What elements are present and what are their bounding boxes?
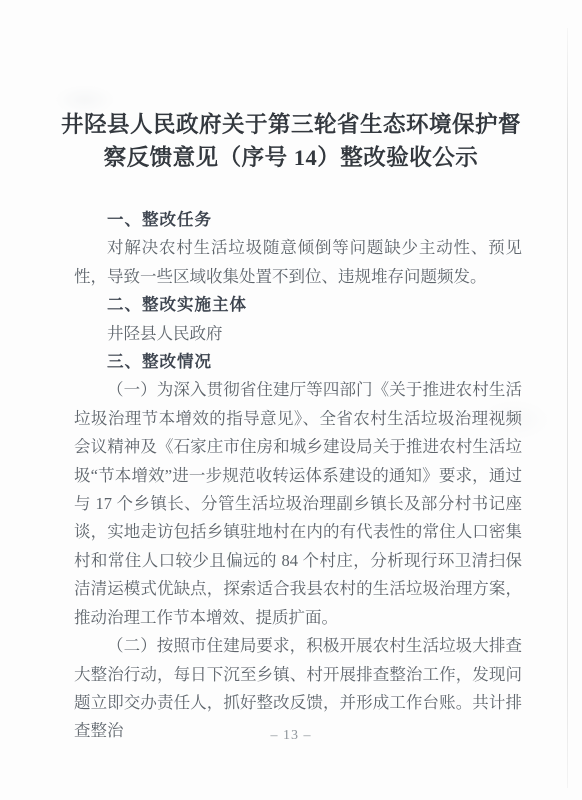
body-paragraph: 对解决农村生活垃圾随意倾倒等问题缺少主动性、预见性，导致一些区域收集处置不到位、… [74, 234, 522, 291]
title-line-2: 察反馈意见（序号 14）整改验收公示 [30, 141, 552, 174]
page-number: – 13 – [0, 728, 582, 744]
document-body: 一、整改任务对解决农村生活垃圾随意倾倒等问题缺少主动性、预见性，导致一些区域收集… [74, 206, 522, 746]
scanned-document-page: 井陉县人民政府关于第三轮省生态环境保护督 察反馈意见（序号 14）整改验收公示 … [0, 0, 582, 800]
body-paragraph: （一）为深入贯彻省住建厅等四部门《关于推进农村生活垃圾治理节本增效的指导意见》、… [74, 376, 522, 632]
section-heading: 三、整改情况 [74, 348, 522, 376]
body-paragraph: 井陉县人民政府 [74, 320, 522, 348]
section-heading: 二、整改实施主体 [74, 291, 522, 319]
section-heading: 一、整改任务 [74, 206, 522, 234]
title-line-1: 井陉县人民政府关于第三轮省生态环境保护督 [30, 108, 552, 141]
page-edge-line [567, 28, 568, 788]
document-title: 井陉县人民政府关于第三轮省生态环境保护督 察反馈意见（序号 14）整改验收公示 [30, 108, 552, 174]
